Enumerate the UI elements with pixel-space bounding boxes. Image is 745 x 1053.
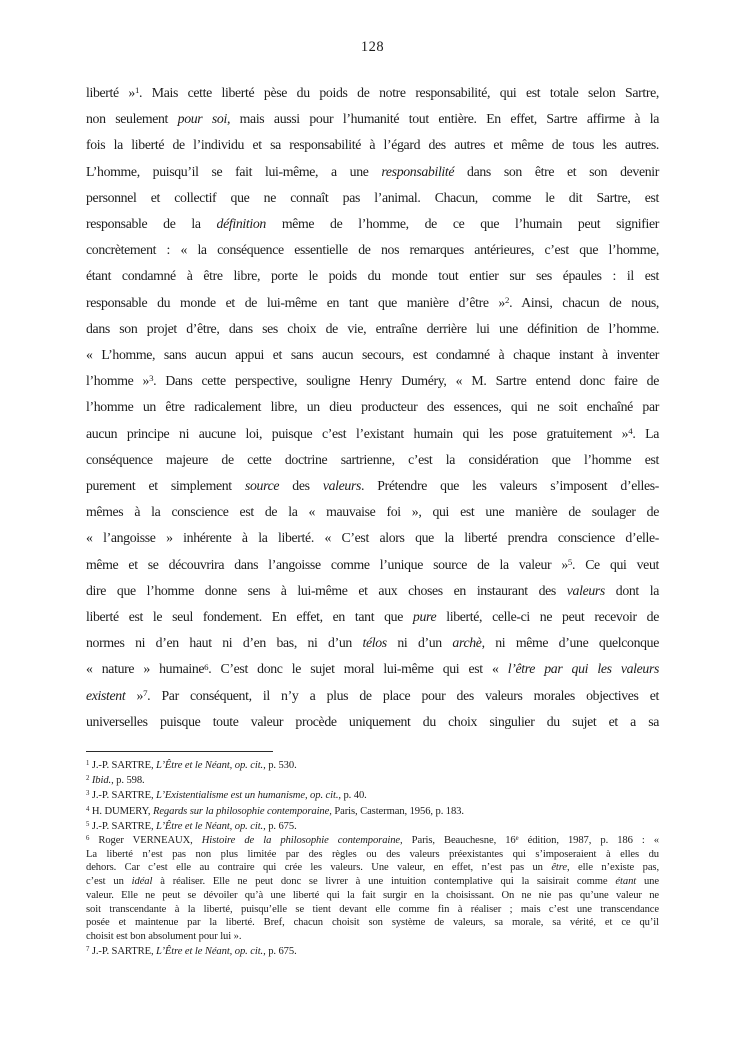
footnotes-section: 1 J.-P. SARTRE, L’Être et le Néant, op. …: [86, 758, 659, 959]
document-page: 128 liberté »1. Mais cette liberté pèse …: [0, 0, 745, 1053]
text-line: liberté »1. Mais cette liberté pèse du p…: [86, 80, 659, 106]
text-line: 7 J.-P. SARTRE, L’Être et le Néant, op. …: [86, 944, 659, 959]
text-line: soit transcendante à la liberté, puisqu’…: [86, 903, 659, 917]
text-line: liberté est le seul fondement. En effet,…: [86, 604, 659, 630]
text-line: concrètement : « la conséquence essentie…: [86, 237, 659, 263]
text-line: fois la liberté de l’individu et sa resp…: [86, 132, 659, 158]
body-paragraph: liberté »1. Mais cette liberté pèse du p…: [86, 80, 659, 735]
text-line: étant condamné à être libre, porte le po…: [86, 263, 659, 289]
footnote-separator: [86, 751, 273, 752]
text-line: La liberté n’est pas non plus limitée pa…: [86, 848, 659, 862]
text-line: l’homme un être radicalement libre, un d…: [86, 394, 659, 420]
text-line: conséquence majeure de cette doctrine sa…: [86, 447, 659, 473]
text-line: mêmes à la conscience est de la « mauvai…: [86, 499, 659, 525]
text-line: 4 H. DUMERY, Regards sur la philosophie …: [86, 804, 659, 819]
page-number: 128: [0, 39, 745, 56]
text-line: même et se découvrira dans l’angoisse co…: [86, 552, 659, 578]
text-line: L’homme, puisqu’il se fait lui-même, a u…: [86, 159, 659, 185]
text-line: 6 Roger VERNEAUX, Histoire de la philoso…: [86, 834, 659, 848]
text-line: purement et simplement source des valeur…: [86, 473, 659, 499]
text-line: « l’angoisse » inhérente à la liberté. «…: [86, 525, 659, 551]
text-line: existent »7. Par conséquent, il n’y a pl…: [86, 683, 659, 709]
text-line: personnel et collectif que ne connaît pa…: [86, 185, 659, 211]
text-line: 1 J.-P. SARTRE, L’Être et le Néant, op. …: [86, 758, 659, 773]
text-line: 3 J.-P. SARTRE, L’Existentialisme est un…: [86, 788, 659, 803]
text-line: posée et maintenue par la liberté. Bref,…: [86, 916, 659, 930]
text-line: aucun principe ni aucune loi, puisque c’…: [86, 421, 659, 447]
text-line: « nature » humaine6. C’est donc le sujet…: [86, 656, 659, 682]
text-line: l’homme »3. Dans cette perspective, soul…: [86, 368, 659, 394]
text-line: dehors. Car c’est elle au contraire qui …: [86, 861, 659, 875]
text-line: « L’homme, sans aucun appui et sans aucu…: [86, 342, 659, 368]
text-line: responsable du monde et de lui-même en t…: [86, 290, 659, 316]
text-line: c’est un idéal à réaliser. Elle ne peut …: [86, 875, 659, 889]
text-line: normes ni d’en haut ni d’en bas, ni d’un…: [86, 630, 659, 656]
text-line: choisit est bon absolument pour lui ».: [86, 930, 659, 944]
text-line: dire que l’homme donne sens à lui-même e…: [86, 578, 659, 604]
text-line: 5 J.-P. SARTRE, L’Être et le Néant, op. …: [86, 819, 659, 834]
text-line: 2 Ibid., p. 598.: [86, 773, 659, 788]
text-line: valeur. Elle ne peut se dévoiler qu’à un…: [86, 889, 659, 903]
text-line: universelles puisque toute valeur procèd…: [86, 709, 659, 735]
text-line: dans son projet d’être, dans ses choix d…: [86, 316, 659, 342]
text-line: responsable de la définition même de l’h…: [86, 211, 659, 237]
text-line: non seulement pour soi, mais aussi pour …: [86, 106, 659, 132]
